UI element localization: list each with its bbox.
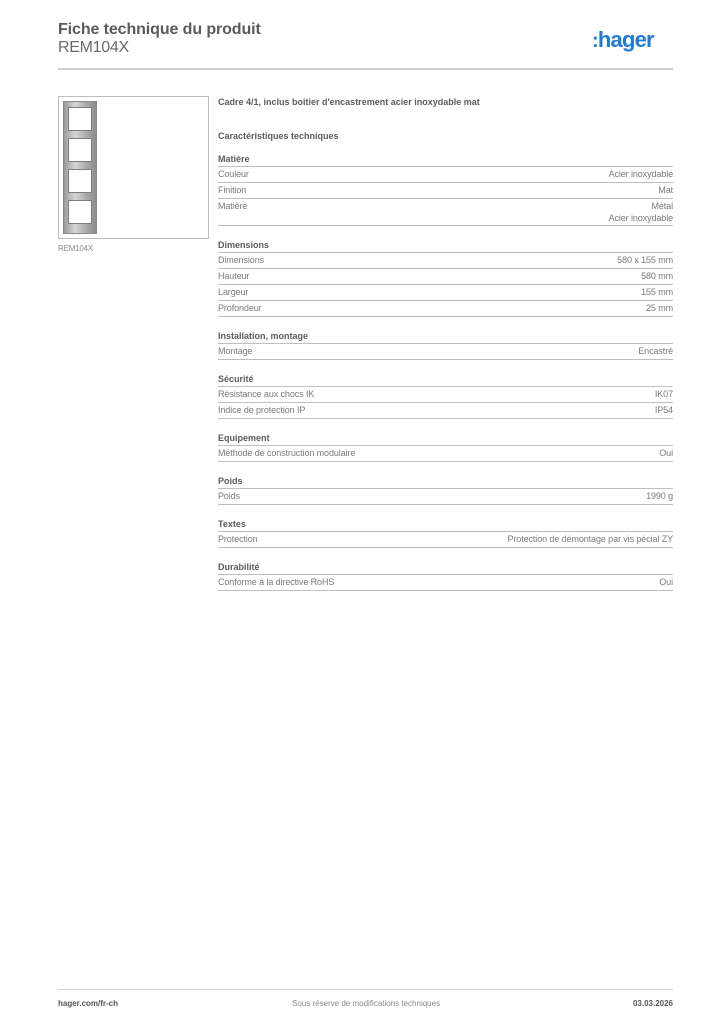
spec-row: Conforme à la directive RoHSOui [218, 575, 673, 591]
spec-label: Hauteur [218, 270, 249, 283]
header-divider [58, 68, 673, 70]
spec-value-line: 580 x 155 mm [617, 254, 673, 266]
spec-label: Finition [218, 184, 246, 197]
section-title: Textes [218, 519, 673, 532]
spec-value: Acier inoxydable [609, 168, 673, 181]
spec-section: DurabilitéConforme à la directive RoHSOu… [218, 562, 673, 591]
footer-divider [58, 989, 673, 990]
spec-section: EquipementMéthode de construction modula… [218, 433, 673, 462]
spec-value: Oui [659, 576, 673, 589]
spec-label: Dimensions [218, 254, 264, 267]
spec-value-line: Acier inoxydable [609, 168, 673, 180]
frame-cell [68, 138, 92, 162]
spec-value: IP54 [655, 404, 673, 417]
spec-value-line: 25 mm [646, 302, 673, 314]
spec-label: Méthode de construction modulaire [218, 447, 355, 460]
frame-4-gang-icon [63, 101, 97, 234]
spec-row: Profondeur25 mm [218, 301, 673, 317]
spec-value-line: IK07 [655, 388, 673, 400]
frame-cell [68, 200, 92, 224]
section-title: Dimensions [218, 240, 673, 253]
frame-cell [68, 107, 92, 131]
spec-value-line: Mat [658, 184, 673, 196]
spec-value-line: 155 mm [641, 286, 673, 298]
frame-cell [68, 169, 92, 193]
characteristics-title: Caractéristiques techniques [218, 130, 673, 142]
spec-value: Mat [658, 184, 673, 197]
spec-value-line: 580 mm [641, 270, 673, 282]
page-title: Fiche technique du produit [58, 21, 261, 39]
section-title: Durabilité [218, 562, 673, 575]
spec-section: MatièreCouleurAcier inoxydableFinitionMa… [218, 154, 673, 226]
product-image [58, 96, 209, 239]
spec-row: MatièreMétalAcier inoxydable [218, 199, 673, 226]
hager-logo: :hager [592, 29, 654, 52]
spec-label: Conforme à la directive RoHS [218, 576, 334, 589]
spec-label: Montage [218, 345, 252, 358]
spec-value-line: 1990 g [646, 490, 673, 502]
spec-value: 155 mm [641, 286, 673, 299]
spec-label: Profondeur [218, 302, 262, 315]
spec-label: Indice de protection IP [218, 404, 305, 417]
spec-value: MétalAcier inoxydable [609, 200, 673, 224]
spec-row: Hauteur580 mm [218, 269, 673, 285]
spec-value: IK07 [655, 388, 673, 401]
section-title: Sécurité [218, 374, 673, 387]
spec-row: CouleurAcier inoxydable [218, 167, 673, 183]
section-title: Equipement [218, 433, 673, 446]
spec-label: Résistance aux chocs IK [218, 388, 314, 401]
spec-label: Largeur [218, 286, 248, 299]
spec-label: Protection [218, 533, 258, 546]
spec-value-line: Acier inoxydable [609, 212, 673, 224]
section-title: Matière [218, 154, 673, 167]
section-title: Installation, montage [218, 331, 673, 344]
spec-section: PoidsPoids1990 g [218, 476, 673, 505]
product-details: Cadre 4/1, inclus boîtier d'encastrement… [218, 96, 673, 591]
product-code: REM104X [58, 39, 129, 57]
footer-date: 03.03.2026 [633, 999, 673, 1008]
spec-row: FinitionMat [218, 183, 673, 199]
spec-row: Méthode de construction modulaireOui [218, 446, 673, 462]
footer-website: hager.com/fr-ch [58, 999, 118, 1008]
spec-value: 580 mm [641, 270, 673, 283]
spec-label: Poids [218, 490, 240, 503]
spec-row: Dimensions580 x 155 mm [218, 253, 673, 269]
product-description: Cadre 4/1, inclus boîtier d'encastrement… [218, 96, 673, 108]
spec-label: Matière [218, 200, 247, 224]
spec-value-line: Oui [659, 576, 673, 588]
spec-value-line: Métal [609, 200, 673, 212]
spec-value: Encastré [638, 345, 673, 358]
spec-section: Installation, montageMontageEncastré [218, 331, 673, 360]
spec-row: MontageEncastré [218, 344, 673, 360]
spec-row: Largeur155 mm [218, 285, 673, 301]
spec-section: TextesProtectionProtection de démontage … [218, 519, 673, 548]
spec-row: ProtectionProtection de démontage par vi… [218, 532, 673, 548]
spec-value: 580 x 155 mm [617, 254, 673, 267]
spec-value-line: Oui [659, 447, 673, 459]
spec-value: Protection de démontage par vis pécial Z… [508, 533, 674, 546]
spec-row: Poids1990 g [218, 489, 673, 505]
spec-value: 1990 g [646, 490, 673, 503]
spec-value-line: IP54 [655, 404, 673, 416]
spec-value: 25 mm [646, 302, 673, 315]
section-title: Poids [218, 476, 673, 489]
spec-section: DimensionsDimensions580 x 155 mmHauteur5… [218, 240, 673, 317]
spec-label: Couleur [218, 168, 249, 181]
spec-value-line: Protection de démontage par vis pécial Z… [508, 533, 674, 545]
spec-row: Indice de protection IPIP54 [218, 403, 673, 419]
footer-disclaimer: Sous réserve de modifications techniques [292, 999, 440, 1008]
spec-section: SécuritéRésistance aux chocs IKIK07Indic… [218, 374, 673, 419]
spec-row: Résistance aux chocs IKIK07 [218, 387, 673, 403]
spec-value: Oui [659, 447, 673, 460]
characteristics-sections: MatièreCouleurAcier inoxydableFinitionMa… [218, 154, 673, 591]
product-image-caption: REM104X [58, 244, 93, 253]
spec-value-line: Encastré [638, 345, 673, 357]
